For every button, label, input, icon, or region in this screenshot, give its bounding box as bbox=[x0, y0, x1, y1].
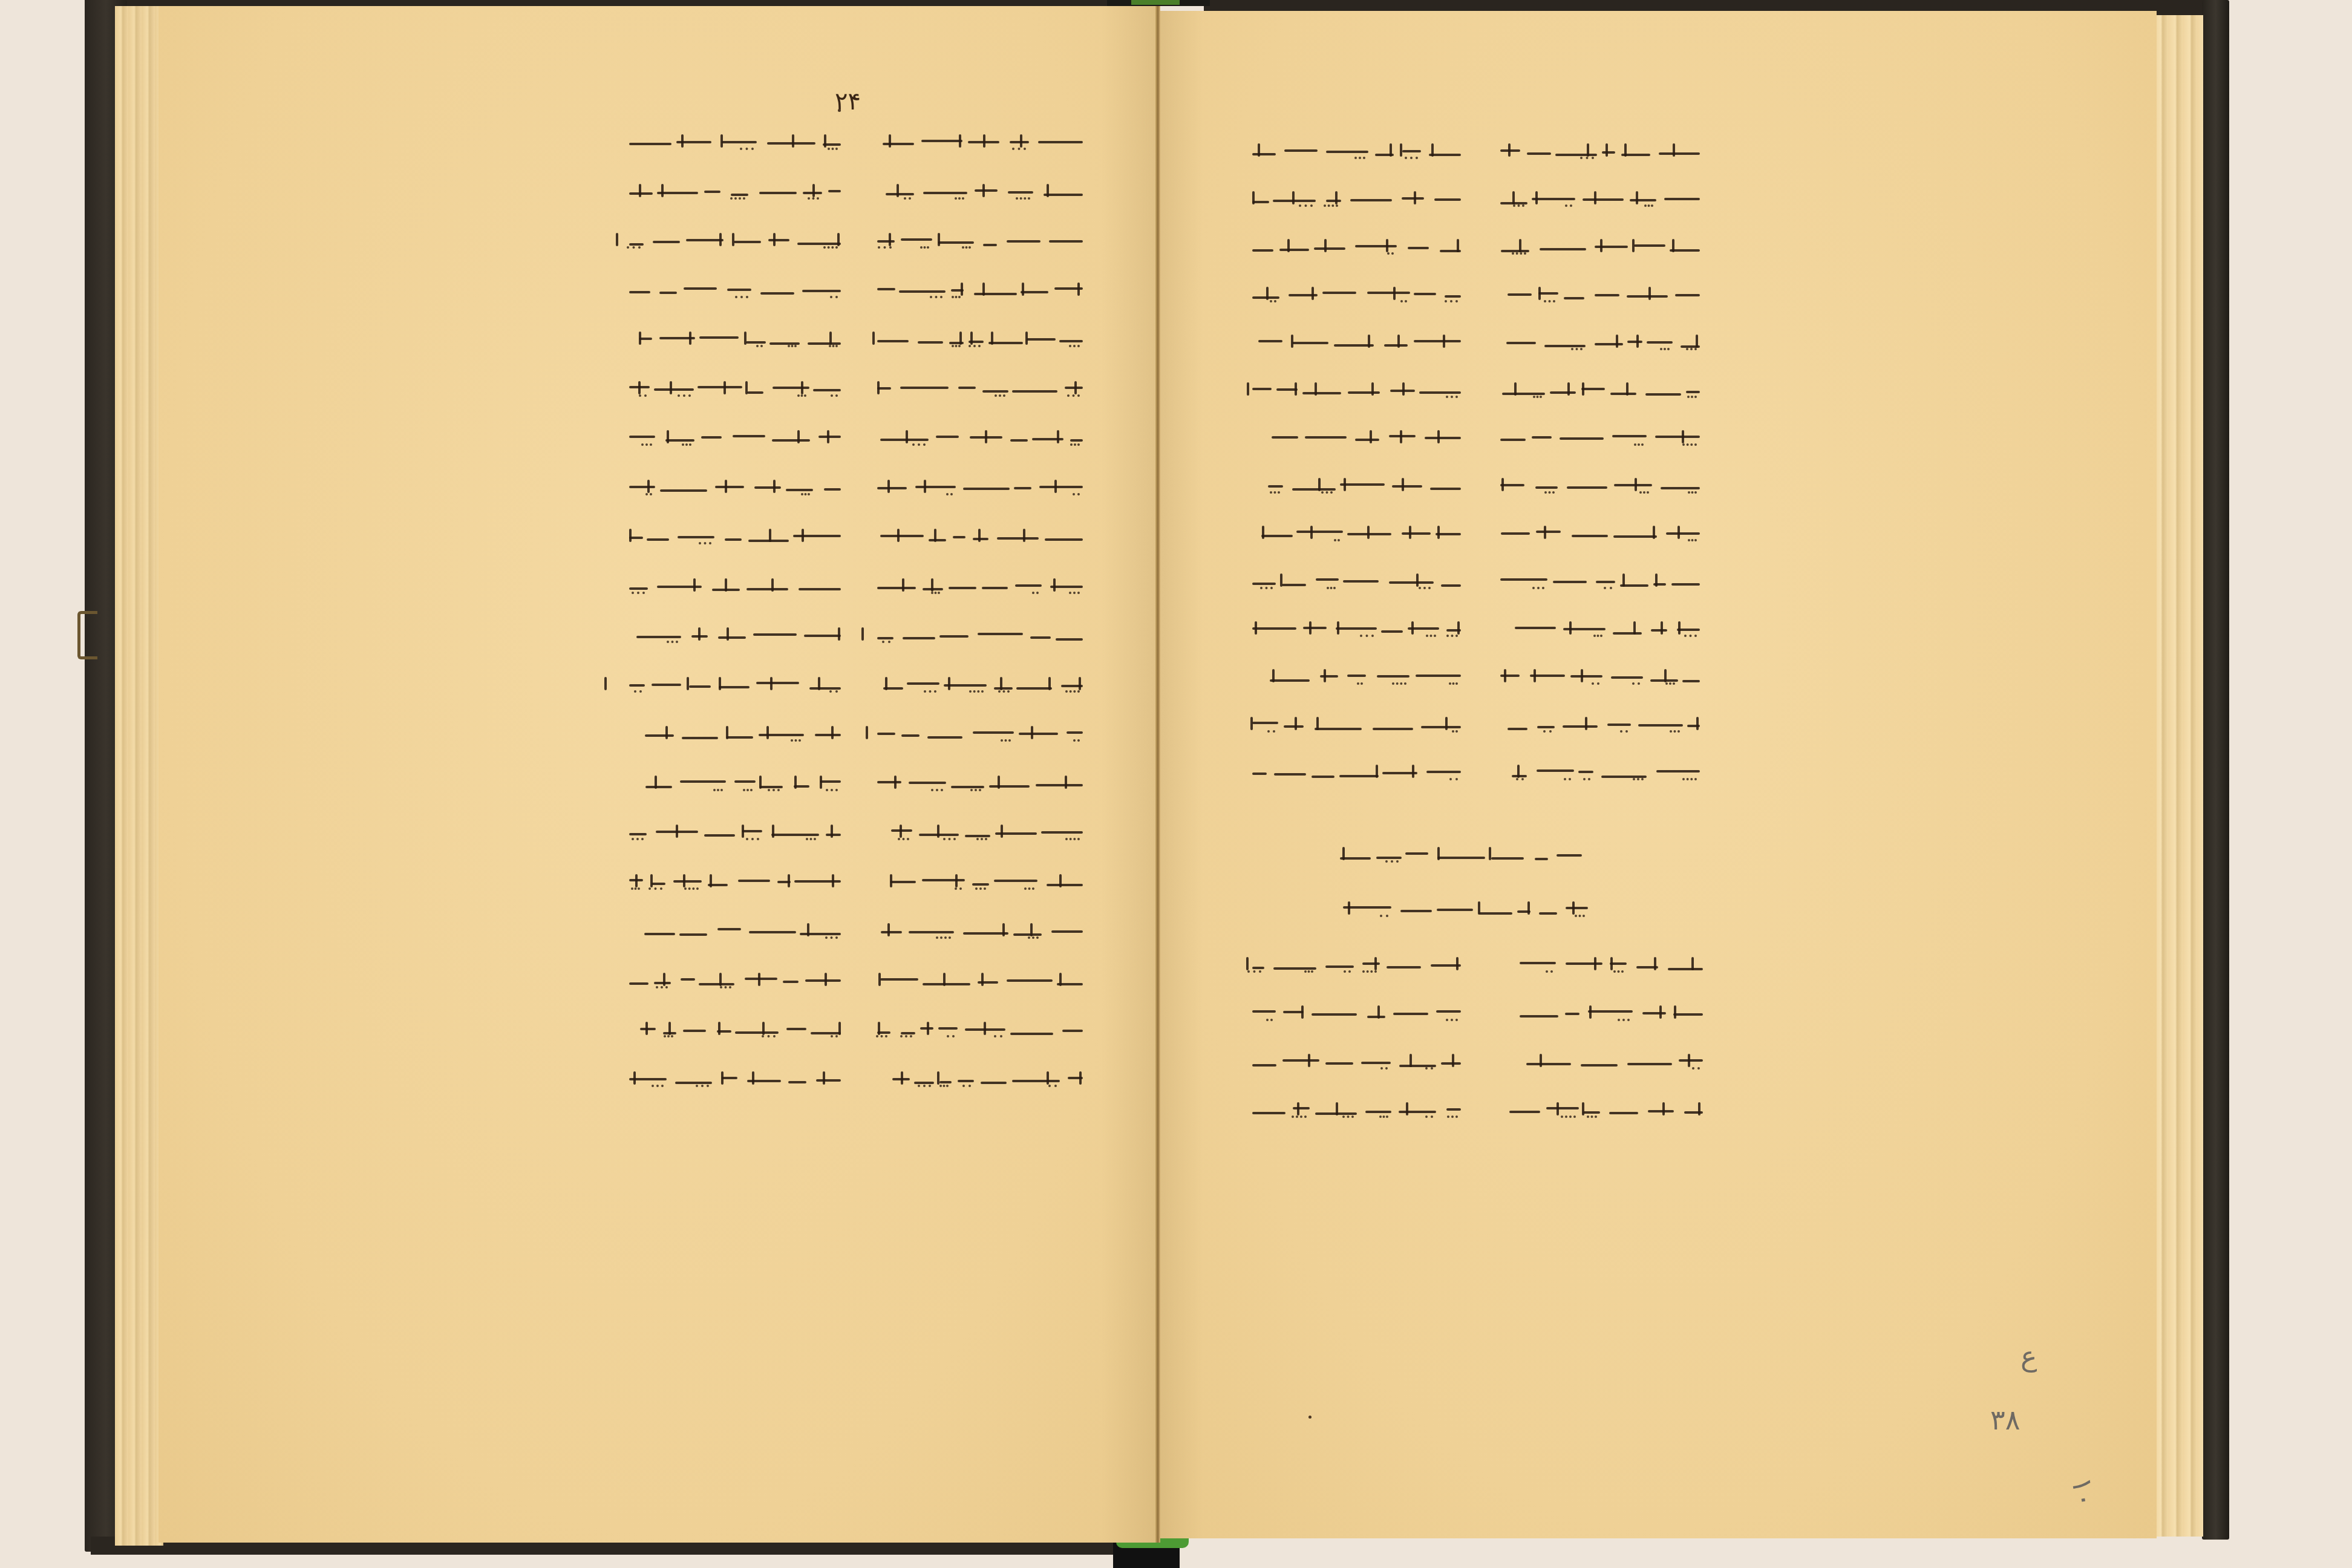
right-page-lower-right-column: [illegible verse 1][illegible verse 2][i… bbox=[1497, 956, 1703, 1149]
verse-line: [illegible calligraphic verse 2] bbox=[623, 183, 841, 204]
right-page-left-column: [illegible calligraphic verse 1][illegib… bbox=[1243, 142, 1461, 811]
verse-line: [illegible calligraphic verse 4] bbox=[623, 281, 841, 303]
verse-line: [illegible calligraphic verse 5] bbox=[1488, 333, 1700, 355]
verse-line: [illegible verse 3] bbox=[1497, 1053, 1703, 1074]
left-page-left-column: [illegible calligraphic verse 1][illegib… bbox=[623, 133, 841, 1119]
verse-line: [illegible calligraphic verse 12] bbox=[623, 676, 841, 697]
verse-line: [illegible calligraphic verse 15] bbox=[865, 823, 1083, 845]
ink-speck bbox=[838, 109, 841, 112]
verse-line: [illegible calligraphic verse 7] bbox=[1243, 429, 1461, 451]
verse-line: [illegible calligraphic verse 13] bbox=[865, 725, 1083, 746]
verse-line: [illegible verse 2] bbox=[1497, 1004, 1703, 1026]
verse-line: [illegible calligraphic verse 1] bbox=[865, 133, 1083, 155]
verse-line: [illegible calligraphic verse 8] bbox=[1488, 477, 1700, 498]
verse-line: [illegible calligraphic verse 5] bbox=[623, 330, 841, 352]
verse-line: [illegible calligraphic verse 3] bbox=[623, 232, 841, 253]
verse-line: [illegible calligraphic verse 4] bbox=[1488, 286, 1700, 307]
verse-line: [illegible calligraphic verse 10] bbox=[865, 577, 1083, 599]
verse-line: [illegible centered line 2] bbox=[1334, 900, 1588, 922]
verse-line: [illegible verse 4] bbox=[1243, 1101, 1461, 1123]
verse-line: [illegible calligraphic verse 18] bbox=[623, 972, 841, 993]
verse-line: [illegible calligraphic verse 7] bbox=[1488, 429, 1700, 451]
verse-line: [illegible calligraphic verse 6] bbox=[865, 380, 1083, 402]
left-page-right-column: [illegible calligraphic verse 1][illegib… bbox=[865, 133, 1083, 1119]
verse-line: [illegible calligraphic verse 3] bbox=[1243, 238, 1461, 260]
verse-line: [illegible calligraphic verse 18] bbox=[865, 972, 1083, 993]
verse-line: [illegible verse 1] bbox=[1497, 956, 1703, 978]
verse-line: [illegible calligraphic verse 9] bbox=[623, 528, 841, 549]
verse-line: [illegible calligraphic verse 6] bbox=[1243, 381, 1461, 403]
verse-line: [illegible calligraphic verse 1] bbox=[623, 133, 841, 155]
verse-line: [illegible calligraphic verse 14] bbox=[865, 774, 1083, 796]
verse-line: [illegible verse 1] bbox=[1243, 956, 1461, 978]
verse-line: [illegible verse 4] bbox=[1497, 1101, 1703, 1123]
verse-line: [illegible calligraphic verse 17] bbox=[865, 922, 1083, 944]
verse-line: [illegible calligraphic verse 2] bbox=[1243, 190, 1461, 212]
verse-line: [illegible calligraphic verse 14] bbox=[623, 774, 841, 796]
verse-line: [illegible calligraphic verse 3] bbox=[865, 232, 1083, 253]
ink-speck bbox=[1308, 1416, 1312, 1419]
verse-line: [illegible calligraphic verse 10] bbox=[1488, 572, 1700, 594]
right-cover-board bbox=[2202, 0, 2229, 1540]
verse-line: [illegible calligraphic verse 9] bbox=[1243, 524, 1461, 546]
verse-line: [illegible calligraphic verse 10] bbox=[1243, 572, 1461, 594]
verse-line: [illegible calligraphic verse 8] bbox=[1243, 477, 1461, 498]
verse-line: [illegible calligraphic verse 13] bbox=[623, 725, 841, 746]
right-page-heading-1: [illegible centered line 1] [illegible c… bbox=[1340, 846, 1582, 867]
verse-line: [illegible centered line 1] bbox=[1340, 846, 1582, 867]
verse-line: [illegible calligraphic verse 9] bbox=[1488, 524, 1700, 546]
verse-line: [illegible calligraphic verse 16] bbox=[623, 873, 841, 895]
verse-line: [illegible calligraphic verse 13] bbox=[1488, 716, 1700, 737]
verse-line: [illegible calligraphic verse 12] bbox=[1243, 668, 1461, 690]
verse-line: [illegible calligraphic verse 5] bbox=[865, 330, 1083, 352]
verse-line: [illegible calligraphic verse 5] bbox=[1243, 333, 1461, 355]
verse-line: [illegible calligraphic verse 8] bbox=[865, 479, 1083, 500]
verse-line: [illegible calligraphic verse 13] bbox=[1243, 716, 1461, 737]
verse-line: [illegible calligraphic verse 2] bbox=[1488, 190, 1700, 212]
verse-line: [illegible calligraphic verse 2] bbox=[865, 183, 1083, 204]
verse-line: [illegible calligraphic verse 7] bbox=[865, 429, 1083, 451]
verse-line: [illegible calligraphic verse 15] bbox=[623, 823, 841, 845]
clasp-remnant bbox=[77, 611, 97, 659]
verse-line: [illegible verse 3] bbox=[1243, 1053, 1461, 1074]
verse-line: [illegible calligraphic verse 7] bbox=[623, 429, 841, 451]
verse-line: [illegible calligraphic verse 11] bbox=[1243, 620, 1461, 642]
ink-stroke bbox=[616, 233, 618, 246]
verse-line: [illegible calligraphic verse 19] bbox=[865, 1021, 1083, 1042]
verse-line: [illegible calligraphic verse 3] bbox=[1488, 238, 1700, 260]
verse-line: [illegible calligraphic verse 12] bbox=[865, 676, 1083, 697]
verse-line: [illegible calligraphic verse 6] bbox=[1488, 381, 1700, 403]
left-page-stack bbox=[115, 6, 163, 1546]
verse-line: [illegible calligraphic verse 17] bbox=[623, 922, 841, 944]
verse-line: [illegible calligraphic verse 10] bbox=[623, 577, 841, 599]
verse-line: [illegible calligraphic verse 6] bbox=[623, 380, 841, 402]
verse-line: [illegible calligraphic verse 19] bbox=[623, 1021, 841, 1042]
ink-stroke bbox=[861, 627, 864, 641]
verse-line: [illegible calligraphic verse 4] bbox=[865, 281, 1083, 303]
right-page-heading-2: [illegible centered line 2] [illegible c… bbox=[1334, 900, 1588, 922]
right-page-stack bbox=[2154, 15, 2203, 1537]
headband-top bbox=[1131, 0, 1180, 5]
gutter-shadow-left bbox=[1101, 6, 1155, 1543]
verse-line: [illegible calligraphic verse 1] bbox=[1243, 142, 1461, 164]
gutter-shadow-right bbox=[1160, 11, 1203, 1538]
right-page-right-column: [illegible calligraphic verse 1][illegib… bbox=[1488, 142, 1700, 811]
verse-line: [illegible calligraphic verse 16] bbox=[865, 873, 1083, 895]
verse-line: [illegible calligraphic verse 8] bbox=[623, 479, 841, 500]
pencil-mark-2: ۳۸ bbox=[1990, 1403, 2020, 1436]
verse-line: [illegible calligraphic verse 11] bbox=[865, 626, 1083, 648]
pencil-mark-1: ع bbox=[2020, 1340, 2037, 1373]
verse-line: [illegible calligraphic verse 11] bbox=[623, 626, 841, 648]
verse-line: [illegible calligraphic verse 14] bbox=[1243, 763, 1461, 785]
verse-line: [illegible calligraphic verse 12] bbox=[1488, 668, 1700, 690]
ink-stroke bbox=[604, 677, 607, 690]
verse-line: [illegible calligraphic verse 14] bbox=[1488, 763, 1700, 785]
pencil-mark-3: ۱۰ bbox=[2065, 1475, 2103, 1510]
right-page-lower-left-column: [illegible verse 1][illegible verse 2][i… bbox=[1243, 956, 1461, 1149]
verse-line: [illegible calligraphic verse 11] bbox=[1488, 620, 1700, 642]
verse-line: [illegible verse 2] bbox=[1243, 1004, 1461, 1026]
verse-line: [illegible calligraphic verse 4] bbox=[1243, 286, 1461, 307]
verse-line: [illegible calligraphic verse 1] bbox=[1488, 142, 1700, 164]
verse-line: [illegible calligraphic verse 20] bbox=[865, 1070, 1083, 1092]
gutter bbox=[1155, 6, 1160, 1543]
verse-line: [illegible calligraphic verse 9] bbox=[865, 528, 1083, 549]
verse-line: [illegible calligraphic verse 20] bbox=[623, 1070, 841, 1092]
